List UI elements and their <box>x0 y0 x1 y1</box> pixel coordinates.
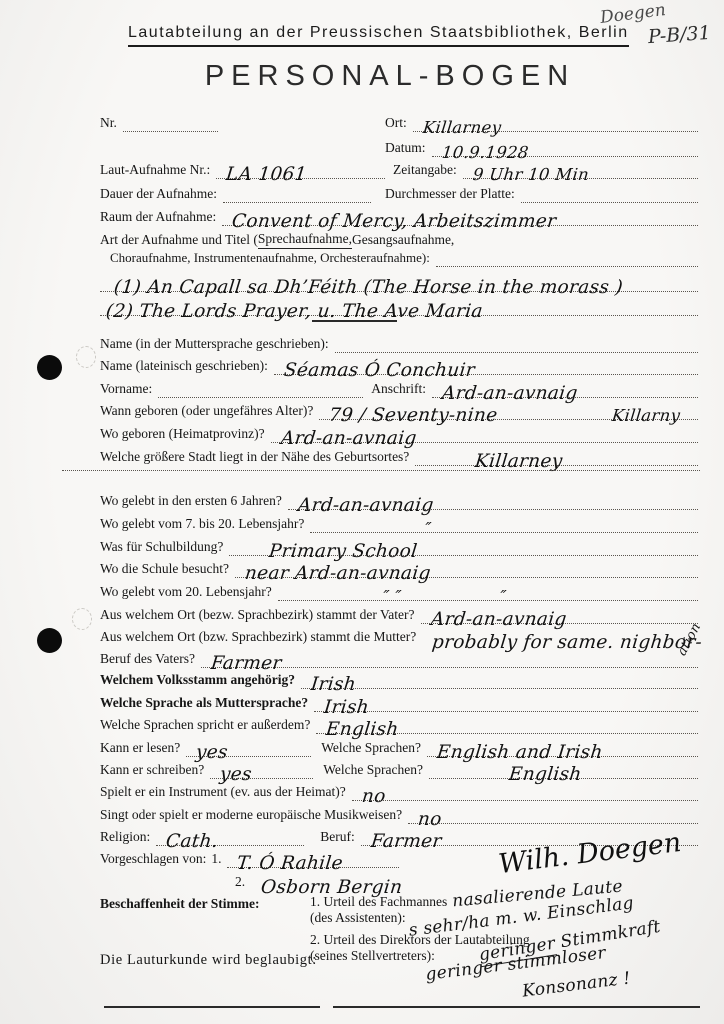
anschrift-extra-value: Killarny <box>601 409 685 422</box>
urteil1b-label: (des Assistenten): <box>310 910 406 927</box>
row-wo-geboren: Wo geboren (Heimatprovinz)? Ard-an-avnai… <box>100 423 698 443</box>
ghost-ring-top <box>76 346 96 368</box>
zeitangabe-field: 9 Uhr 10 Min <box>463 165 698 179</box>
mutter-ort-label: Aus welchem Ort (bzw. Sprachbezirk) stam… <box>100 629 416 646</box>
name-muttersprache-field <box>335 352 698 353</box>
lesen-sprachen-label: Welche Sprachen? <box>321 740 421 757</box>
stadt-value: Killarney <box>415 455 568 468</box>
dauer-label: Dauer der Aufnahme: <box>100 186 217 203</box>
group-nr: Nr. <box>100 115 385 132</box>
schulbildung-value: Primary School <box>229 545 423 558</box>
row-gelebt-6jahre: Wo gelebt in den ersten 6 Jahren? Ard-an… <box>100 490 698 510</box>
row-kann-lesen: Kann er lesen? yes Welche Sprachen? Engl… <box>100 737 698 757</box>
vater-ort-label: Aus welchem Ort (bezw. Sprachbezirk) sta… <box>100 607 415 624</box>
row-schule-besucht: Wo die Schule besucht? near Ard-an-avnai… <box>100 558 698 578</box>
lautnr-value: LA 1061 <box>216 168 312 181</box>
schule-besucht-label: Wo die Schule besucht? <box>100 561 229 578</box>
institution-header: Lautabteilung an der Preussischen Staats… <box>128 24 629 47</box>
vorgeschlagen-num1: 1. <box>211 851 221 868</box>
sprachen-ausserdem-label: Welche Sprachen spricht er außerdem? <box>100 717 310 734</box>
schreiben-sprachen-field: English <box>429 765 698 779</box>
stadt-field: Killarney <box>415 452 698 466</box>
kann-lesen-label: Kann er lesen? <box>100 740 180 757</box>
vater-ort-value: Ard-an-avnaig <box>420 613 571 626</box>
hole-punch-top <box>37 355 62 380</box>
volksstamm-field: Irish <box>301 675 698 689</box>
dotted-separator <box>62 470 700 471</box>
gelebt7-20-value: ″ <box>310 522 437 535</box>
gelebt6-value: Ard-an-avnaig <box>287 499 438 512</box>
row-raum: Raum der Aufnahme: Convent of Mercy, Arb… <box>100 206 698 226</box>
kann-schreiben-field: yes <box>210 765 313 779</box>
anschrift-label: Anschrift: <box>371 381 426 398</box>
name-muttersprache-label: Name (in der Muttersprache geschrieben): <box>100 336 329 353</box>
section-divider-rule <box>312 320 397 322</box>
instrument-value: no <box>351 790 390 803</box>
row-vater-ort: Aus welchem Ort (bezw. Sprachbezirk) sta… <box>100 604 698 624</box>
lautnr-field: LA 1061 <box>216 165 385 179</box>
wo-geboren-label: Wo geboren (Heimatprovinz)? <box>100 426 265 443</box>
nr-field <box>123 131 218 132</box>
stimme-label: Beschaffenheit der Stimme: <box>100 896 259 913</box>
wo-geboren-value: Ard-an-avnaig <box>270 432 421 445</box>
raum-label: Raum der Aufnahme: <box>100 209 216 226</box>
ort-label: Ort: <box>385 115 407 132</box>
hole-punch-bottom <box>37 628 62 653</box>
bottom-rule-right <box>333 1006 700 1008</box>
vater-ort-field: Ard-an-avnaig <box>421 610 698 624</box>
raum-field: Convent of Mercy, Arbeitszimmer <box>222 212 698 226</box>
zeitangabe-label: Zeitangabe: <box>393 162 457 179</box>
name-lateinisch-value: Séamas Ó Conchuir <box>273 364 479 377</box>
scanned-form-page: Doegen P-B/31 Lautabteilung an der Preus… <box>0 0 724 1024</box>
titel1-field: (1) An Capall sa Dh’Féith (The Horse in … <box>100 278 698 292</box>
gelebt20-value2: ″ <box>490 590 512 603</box>
sprachen-ausserdem-value: English <box>316 723 404 736</box>
handwritten-stamp-code: P-B/31 <box>647 22 711 48</box>
row-schulbildung: Was für Schulbildung? Primary School <box>100 536 698 556</box>
wann-geboren-field: 79 / Seventy-nine Killarny <box>319 406 698 420</box>
ort-field: Killarney <box>413 118 698 132</box>
vorgeschlagen-value1: T. Ó Rahile <box>227 857 348 870</box>
kann-schreiben-label: Kann er schreiben? <box>100 762 204 779</box>
datum-value: 10.9.1928 <box>431 146 533 159</box>
vorgeschlagen-field1: T. Ó Rahile <box>227 854 399 868</box>
singt-label: Singt oder spielt er moderne europäische… <box>100 807 402 824</box>
kann-lesen-value: yes <box>186 746 233 759</box>
row-lautnr-zeit: Laut-Aufnahme Nr.: LA 1061 Zeitangabe: 9… <box>100 159 698 179</box>
titel2-value: (2) The Lords Prayer, u. The Ave Maria <box>99 305 487 318</box>
lautnr-label: Laut-Aufnahme Nr.: <box>100 162 210 179</box>
instrument-label: Spielt er ein Instrument (ev. aus der He… <box>100 784 346 801</box>
vorname-field <box>158 397 363 398</box>
row-sprachen-ausserdem: Welche Sprachen spricht er außerdem? Eng… <box>100 714 698 734</box>
singt-value: no <box>407 813 446 826</box>
row-gelebt-ab20: Wo gelebt vom 20. Lebensjahr? ″ ″ ″ <box>100 581 698 601</box>
schule-besucht-field: near Ard-an-avnaig <box>235 564 698 578</box>
row-gelebt-7-20: Wo gelebt vom 7. bis 20. Lebensjahr? ″ <box>100 513 698 533</box>
lesen-sprachen-value: English and Irish <box>426 746 607 759</box>
beruf-vater-label: Beruf des Vaters? <box>100 651 195 668</box>
religion-field: Cath. <box>156 832 304 846</box>
nr-label: Nr. <box>100 115 117 132</box>
beglaubigt-label: Die Lauturkunde wird beglaubigt: <box>100 952 317 970</box>
row-groessere-stadt: Welche größere Stadt liegt in der Nähe d… <box>100 446 698 466</box>
voice-note-5: Konsonanz ! <box>521 968 632 1001</box>
vorgeschlagen-label: Vorgeschlagen von: <box>100 851 206 868</box>
row-wann-geboren: Wann geboren (oder ungefähres Alter)? 79… <box>100 400 698 420</box>
wann-geboren-value: 79 / Seventy-nine <box>319 409 503 422</box>
mutter-ort-field: probably for same. nighbor- <box>422 633 698 646</box>
anschrift-field: Ard-an-avnaig <box>432 384 698 398</box>
row-art-line1: Art der Aufnahme und Titel (Sprechaufnah… <box>100 229 698 249</box>
row-datum: Datum: 10.9.1928 <box>100 137 698 157</box>
gelebt7-20-label: Wo gelebt vom 7. bis 20. Lebensjahr? <box>100 516 304 533</box>
vorname-label: Vorname: <box>100 381 152 398</box>
beruf-value: Farmer <box>360 835 446 848</box>
volksstamm-value: Irish <box>300 678 360 691</box>
row-name-lateinisch: Name (lateinisch geschrieben): Séamas Ó … <box>100 355 698 375</box>
schulbildung-label: Was für Schulbildung? <box>100 539 223 556</box>
gelebt20-field: ″ ″ ″ <box>278 587 698 601</box>
schulbildung-field: Primary School <box>229 542 698 556</box>
kann-schreiben-value: yes <box>210 768 257 781</box>
row-dauer-durchmesser: Dauer der Aufnahme: Durchmesser der Plat… <box>100 183 698 203</box>
art-field <box>436 266 698 267</box>
beruf-label: Beruf: <box>320 829 355 846</box>
row-mutter-ort: Aus welchem Ort (bzw. Sprachbezirk) stam… <box>100 626 698 646</box>
form-title: PERSONAL-BOGEN <box>0 60 724 93</box>
durchmesser-field <box>521 202 698 203</box>
religion-value: Cath. <box>156 835 223 848</box>
gelebt6-label: Wo gelebt in den ersten 6 Jahren? <box>100 493 282 510</box>
name-lateinisch-field: Séamas Ó Conchuir <box>274 361 698 375</box>
ghost-ring-bottom <box>72 608 92 630</box>
vorgeschlagen-num2: 2. <box>235 874 245 891</box>
row-muttersprache: Welche Sprache als Muttersprache? Irish <box>100 692 698 712</box>
row-nr-ort: Nr. Ort: Killarney <box>100 112 698 132</box>
row-singt: Singt oder spielt er moderne europäische… <box>100 804 698 824</box>
vorgeschlagen-field2: Osborn Bergin <box>251 878 431 891</box>
schule-besucht-value: near Ard-an-avnaig <box>234 567 435 580</box>
datum-field: 10.9.1928 <box>432 143 699 157</box>
muttersprache-label: Welche Sprache als Muttersprache? <box>100 695 308 712</box>
gelebt20-value: ″ ″ <box>277 590 406 603</box>
row-vorname-anschrift: Vorname: Anschrift: Ard-an-avnaig <box>100 378 698 398</box>
beruf-vater-field: Farmer <box>201 654 698 668</box>
kann-lesen-field: yes <box>186 743 311 757</box>
group-lautnr: Laut-Aufnahme Nr.: LA 1061 <box>100 162 385 179</box>
lesen-sprachen-field: English and Irish <box>427 743 698 757</box>
ort-value: Killarney <box>412 121 506 134</box>
muttersprache-field: Irish <box>314 698 698 712</box>
muttersprache-value: Irish <box>313 701 373 714</box>
wo-geboren-field: Ard-an-avnaig <box>271 429 698 443</box>
art-label-line2: Choraufnahme, Instrumentenaufnahme, Orch… <box>110 250 430 267</box>
row-name-muttersprache: Name (in der Muttersprache geschrieben): <box>100 333 698 353</box>
row-instrument: Spielt er ein Instrument (ev. aus der He… <box>100 781 698 801</box>
raum-value: Convent of Mercy, Arbeitszimmer <box>222 215 562 228</box>
instrument-field: no <box>352 787 698 801</box>
name-lateinisch-label: Name (lateinisch geschrieben): <box>100 358 268 375</box>
row-beglaubigt: Die Lauturkunde wird beglaubigt: <box>100 950 698 970</box>
volksstamm-label: Welchem Volksstamm angehörig? <box>100 672 295 689</box>
singt-field: no <box>408 810 698 824</box>
zeitangabe-value: 9 Uhr 10 Min <box>462 168 593 181</box>
row-titel2: (2) The Lords Prayer, u. The Ave Maria <box>100 292 698 316</box>
gelebt7-20-field: ″ <box>310 519 698 533</box>
sprachen-ausserdem-field: English <box>316 720 698 734</box>
schreiben-sprachen-label: Welche Sprachen? <box>323 762 423 779</box>
row-art-line2: Choraufnahme, Instrumentenaufnahme, Orch… <box>110 247 698 267</box>
religion-label: Religion: <box>100 829 150 846</box>
bottom-rule-left <box>104 1006 320 1008</box>
dauer-field <box>223 202 371 203</box>
row-volksstamm: Welchem Volksstamm angehörig? Irish <box>100 669 698 689</box>
row-kann-schreiben: Kann er schreiben? yes Welche Sprachen? … <box>100 759 698 779</box>
datum-label: Datum: <box>385 140 426 157</box>
row-titel1: (1) An Capall sa Dh’Féith (The Horse in … <box>100 268 698 292</box>
group-dauer: Dauer der Aufnahme: <box>100 186 385 203</box>
row-beruf-vater: Beruf des Vaters? Farmer <box>100 648 698 668</box>
durchmesser-label: Durchmesser der Platte: <box>385 186 515 203</box>
stadt-label: Welche größere Stadt liegt in der Nähe d… <box>100 449 409 466</box>
wann-geboren-label: Wann geboren (oder ungefähres Alter)? <box>100 403 313 420</box>
titel2-field: (2) The Lords Prayer, u. The Ave Maria <box>100 302 698 316</box>
gelebt20-label: Wo gelebt vom 20. Lebensjahr? <box>100 584 272 601</box>
schreiben-sprachen-value: English <box>428 768 586 781</box>
anschrift-value: Ard-an-avnaig <box>431 387 582 400</box>
gelebt6-field: Ard-an-avnaig <box>288 496 698 510</box>
